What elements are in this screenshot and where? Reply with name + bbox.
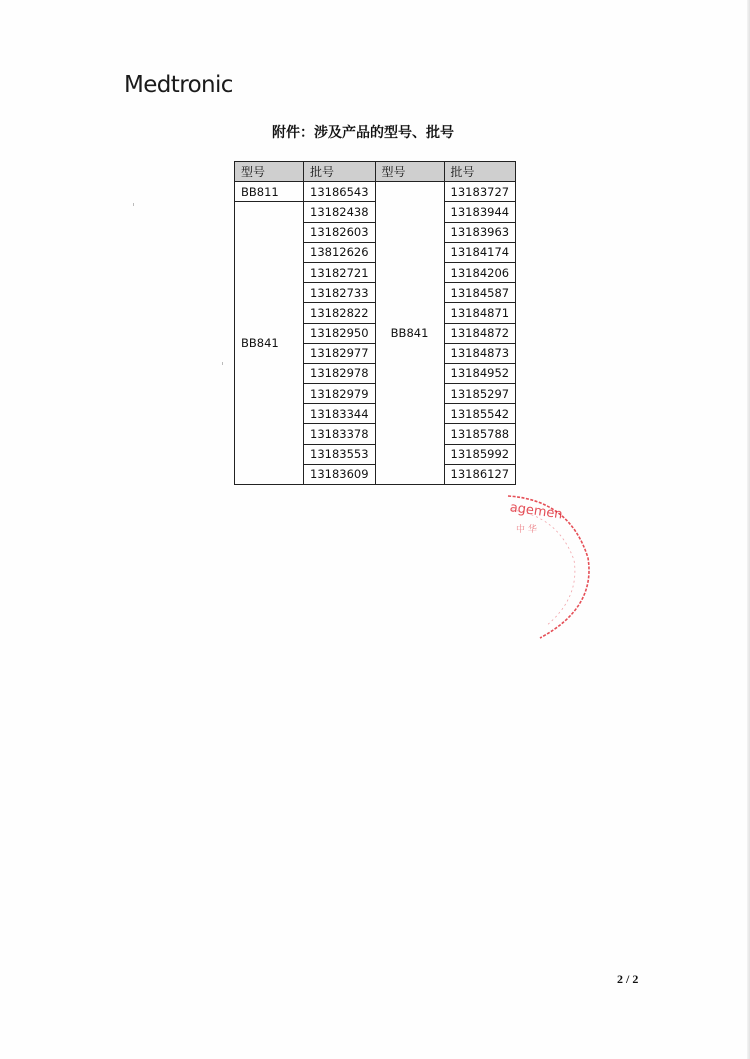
stamp-text: agemen [509, 500, 564, 522]
lot-cell: 13185788 [444, 424, 516, 444]
lot-cell: 13812626 [304, 242, 376, 262]
lot-cell: 13184174 [444, 242, 516, 262]
lot-cell: 13184871 [444, 303, 516, 323]
company-seal-stamp: agemen 中 华 [500, 488, 600, 648]
table-row: BB81113186543BB84113183727 [235, 182, 516, 202]
lot-cell: 13182721 [304, 262, 376, 282]
company-logo: Medtronic [124, 72, 233, 98]
page-number: 2 / 2 [617, 972, 638, 987]
lot-cell: 13184952 [444, 363, 516, 383]
header-model-right: 型号 [375, 162, 444, 182]
lot-cell: 13183609 [304, 464, 376, 484]
lot-cell: 13182979 [304, 384, 376, 404]
model-cell: BB841 [235, 202, 304, 485]
header-model-left: 型号 [235, 162, 304, 182]
lot-cell: 13183553 [304, 444, 376, 464]
document-page: Medtronic 附件：涉及产品的型号、批号 型号 批号 型号 批号 BB81… [0, 0, 750, 1059]
lot-cell: 13185542 [444, 404, 516, 424]
lot-cell: 13182978 [304, 363, 376, 383]
lot-cell: 13182733 [304, 283, 376, 303]
lot-cell: 13184873 [444, 343, 516, 363]
attachment-title: 附件：涉及产品的型号、批号 [272, 122, 454, 142]
lot-cell: 13183727 [444, 182, 516, 202]
lot-cell: 13184872 [444, 323, 516, 343]
header-lot-right: 批号 [444, 162, 516, 182]
header-lot-left: 批号 [304, 162, 376, 182]
lot-cell: 13182950 [304, 323, 376, 343]
lot-cell: 13183963 [444, 222, 516, 242]
lot-cell: 13184206 [444, 262, 516, 282]
lot-cell: 13183378 [304, 424, 376, 444]
product-lot-table: 型号 批号 型号 批号 BB81113186543BB84113183727BB… [234, 161, 516, 485]
model-cell: BB841 [375, 182, 444, 485]
lot-cell: 13182977 [304, 343, 376, 363]
lot-cell: 13183344 [304, 404, 376, 424]
lot-cell: 13184587 [444, 283, 516, 303]
table-header-row: 型号 批号 型号 批号 [235, 162, 516, 182]
lot-cell: 13185297 [444, 384, 516, 404]
model-cell: BB811 [235, 182, 304, 202]
scan-speck [133, 203, 134, 206]
lot-cell: 13183944 [444, 202, 516, 222]
scan-speck [222, 362, 223, 365]
lot-cell: 13182822 [304, 303, 376, 323]
svg-text:中 华: 中 华 [516, 523, 537, 535]
lot-cell: 13186543 [304, 182, 376, 202]
lot-cell: 13182603 [304, 222, 376, 242]
lot-cell: 13182438 [304, 202, 376, 222]
lot-cell: 13186127 [444, 464, 516, 484]
lot-cell: 13185992 [444, 444, 516, 464]
